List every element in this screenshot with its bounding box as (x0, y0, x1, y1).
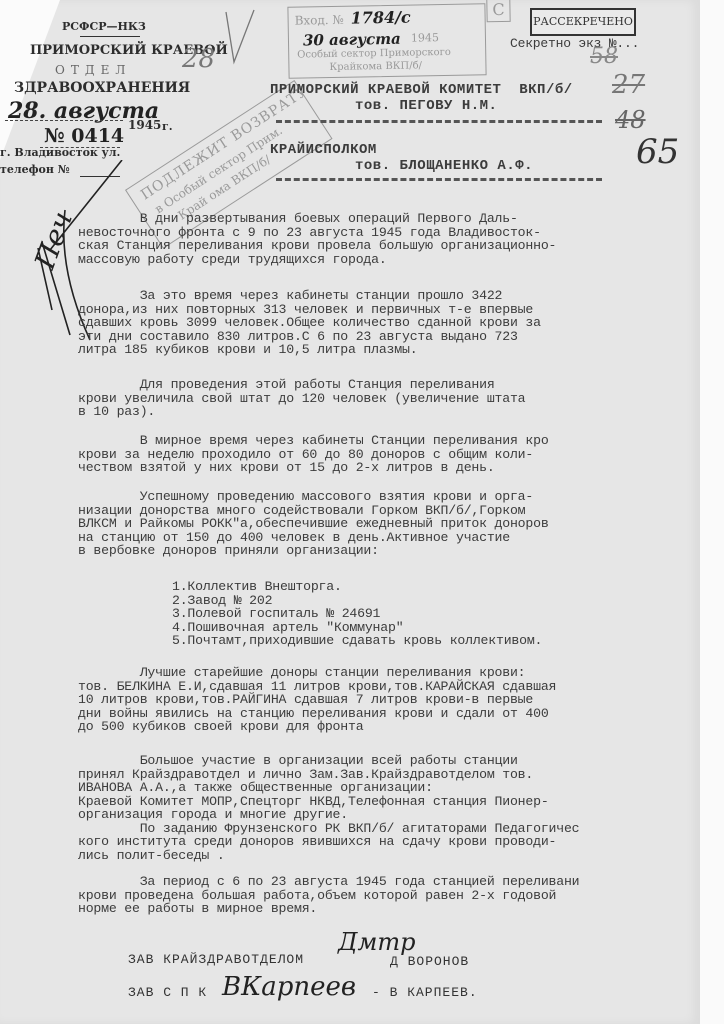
paragraph-line: массовую работу среди трудящихся города. (78, 253, 703, 267)
letterhead-year: 1945 (128, 118, 161, 132)
signature-title-1: ЗАВ КРАЙЗДРАВОТДЕЛОМ (128, 952, 304, 967)
paragraph-line: ская Станция переливания крови провела б… (78, 239, 703, 253)
paragraph-line: сдавших кровь 3099 человек.Общее количес… (78, 316, 703, 330)
letterhead-address: г. Владивосток ул. (0, 146, 120, 159)
paragraph-line: По заданию Фрунзенского РК ВКП/б/ агитат… (78, 822, 703, 836)
list-item: 2.Завод № 202 (172, 594, 724, 608)
paragraph-line: литра 185 кубиков крови и 10,5 литра пла… (78, 343, 703, 357)
paragraph-line: крови увеличила свой штат до 120 человек… (78, 392, 703, 406)
page-number-crossed-2: 27 (612, 70, 645, 100)
letterhead-year-suffix: г. (162, 120, 173, 133)
paragraph-line: ИВАНОВА А.А.,а также общественные органи… (78, 781, 703, 795)
paragraph-line: 10 литров крови,тов.РАЙГИНА сдавшая 7 ли… (78, 693, 703, 707)
paragraph-line: Большое участие в организации всей работ… (78, 754, 703, 768)
paragraph-7: Большое участие в организации всей работ… (78, 754, 703, 862)
addressee-person-2: тов. БЛОЩАНЕНКО А.Ф. (355, 160, 533, 174)
paragraph-8: За период с 6 по 23 августа 1945 года ст… (78, 875, 703, 916)
incoming-year: 1945 (411, 31, 439, 44)
addressee-person-1: тов. ПЕГОВУ Н.М. (355, 100, 497, 114)
paragraph-line: невосточного фронта с 9 по 23 августа 19… (78, 226, 703, 240)
paragraph-line: За это время через кабинеты станции прош… (78, 289, 703, 303)
paragraph-line: крови проведена большая работа,объем кот… (78, 889, 703, 903)
list-item: 4.Пошивочная артель "Коммунар" (172, 621, 724, 635)
paragraph-line: низации донорства много содействовали Го… (78, 504, 703, 518)
paragraph-line: В дни развертывания боевых операций Перв… (78, 212, 703, 226)
letterhead-line-4: ЗДРАВООХРАНЕНИЯ (14, 80, 190, 96)
secret-copy-label: Секретно экз №... (510, 37, 639, 51)
check-mark-icon (220, 8, 260, 68)
paragraph-line: норме ее работы в мирное время. (78, 902, 703, 916)
scan-margin (700, 0, 724, 1024)
incoming-line-4: Крайкома ВКП/б/ (329, 60, 422, 73)
paragraph-line: принял Крайздравотдел и лично Зам.Зав.Кр… (78, 768, 703, 782)
paragraph-line: В мирное время через кабинеты Станции пе… (78, 434, 703, 448)
incoming-line-3: Особый сектор Приморского (297, 47, 451, 61)
paragraph-line: до 500 кубиков своей крови для фронта (78, 720, 703, 734)
letterhead-number: № 0414 (44, 125, 124, 147)
letterhead-line-3: ОТДЕЛ (55, 63, 131, 77)
page-number-crossed-3: 48 (615, 106, 646, 134)
paragraph-2: За это время через кабинеты станции прош… (78, 289, 703, 357)
paragraph-5: Успешному проведению массового взятия кр… (78, 490, 703, 558)
paragraph-3: Для проведения этой работы Станция перел… (78, 378, 703, 419)
paragraph-line: организация города и многие другие. (78, 808, 703, 822)
paragraph-line: донора,из них повторных 313 человек и пе… (78, 303, 703, 317)
letterhead-rule (80, 36, 140, 37)
incoming-date: 30 августа (303, 30, 401, 50)
paragraph-line: в вербовке доноров приняли организации: (78, 544, 703, 558)
organizations-list: 1.Коллектив Внешторга. 2.Завод № 202 3.П… (172, 580, 724, 648)
handwritten-signature-2: ВКарпеев (222, 972, 356, 1002)
paragraph-line: Для проведения этой работы Станция перел… (78, 378, 703, 392)
incoming-corner-box: С (486, 0, 510, 22)
letterhead-line-1: РСФСР—НКЗ (62, 20, 146, 33)
paragraph-4: В мирное время через кабинеты Станции пе… (78, 434, 703, 475)
paragraph-line: на станцию от 150 до 400 человек в день.… (78, 531, 703, 545)
paragraph-line: в 10 раз). (78, 405, 703, 419)
incoming-registration-stamp: Вход. № 1784/с 30 августа 1945 Особый се… (287, 3, 486, 78)
paragraph-line: Успешному проведению массового взятия кр… (78, 490, 703, 504)
paragraph-line: дни войны явились на станцию переливания… (78, 707, 703, 721)
signature-title-2: ЗАВ С П К (128, 985, 207, 1000)
date-underline (5, 120, 123, 121)
paragraph-line: Лучшие старейшие доноры станции перелива… (78, 666, 703, 680)
addressee-separator-2 (276, 178, 602, 181)
paragraph-1: В дни развертывания боевых операций Перв… (78, 212, 703, 266)
paragraph-line: крови за неделю проходило от 60 до 80 до… (78, 448, 703, 462)
incoming-number: 1784/с (350, 8, 410, 28)
margin-annotation-28: 28 (182, 44, 215, 74)
paragraph-line: ВЛКСМ и Райкомы РОКК"а,обеспечившие ежед… (78, 517, 703, 531)
paragraph-line: Краевой Комитет МОПР,Спецторг НКВД,Телеф… (78, 795, 703, 809)
paragraph-6: Лучшие старейшие доноры станции перелива… (78, 666, 703, 734)
paragraph-line: За период с 6 по 23 августа 1945 года ст… (78, 875, 703, 889)
signature-name-1: Д ВОРОНОВ (390, 954, 469, 969)
page-number-current: 65 (636, 132, 679, 172)
paragraph-line: чеством взятой у них крови от 15 до 2-х … (78, 461, 703, 475)
declassified-stamp: РАССЕКРЕЧЕНО (530, 8, 636, 36)
list-item: 3.Полевой госпиталь № 24691 (172, 607, 724, 621)
paragraph-line: эти дни составило 830 литров.С 6 по 23 а… (78, 330, 703, 344)
incoming-label: Вход. № (295, 13, 344, 28)
addressee-separator-1 (276, 120, 602, 123)
list-item: 1.Коллектив Внешторга. (172, 580, 724, 594)
addressee-org-2: КРАЙИСПОЛКОМ (270, 144, 377, 158)
list-item: 5.Почтамт,приходившие сдавать кровь колл… (172, 634, 724, 648)
page-number-crossed-1: 58 (590, 44, 618, 69)
paragraph-line: тов. БЕЛКИНА Е.И,сдавшая 11 литров крови… (78, 680, 703, 694)
signature-name-2: - В КАРПЕЕВ. (372, 985, 478, 1000)
paragraph-line: лись полит-беседы . (78, 849, 703, 863)
handwritten-signature-1: Дмтр (338, 928, 416, 956)
addressee-org-1: ПРИМОРСКИЙ КРАЕВОЙ КОМИТЕТ ВКП/б/ (270, 84, 573, 98)
paragraph-line: кого института среди доноров явившихся н… (78, 835, 703, 849)
